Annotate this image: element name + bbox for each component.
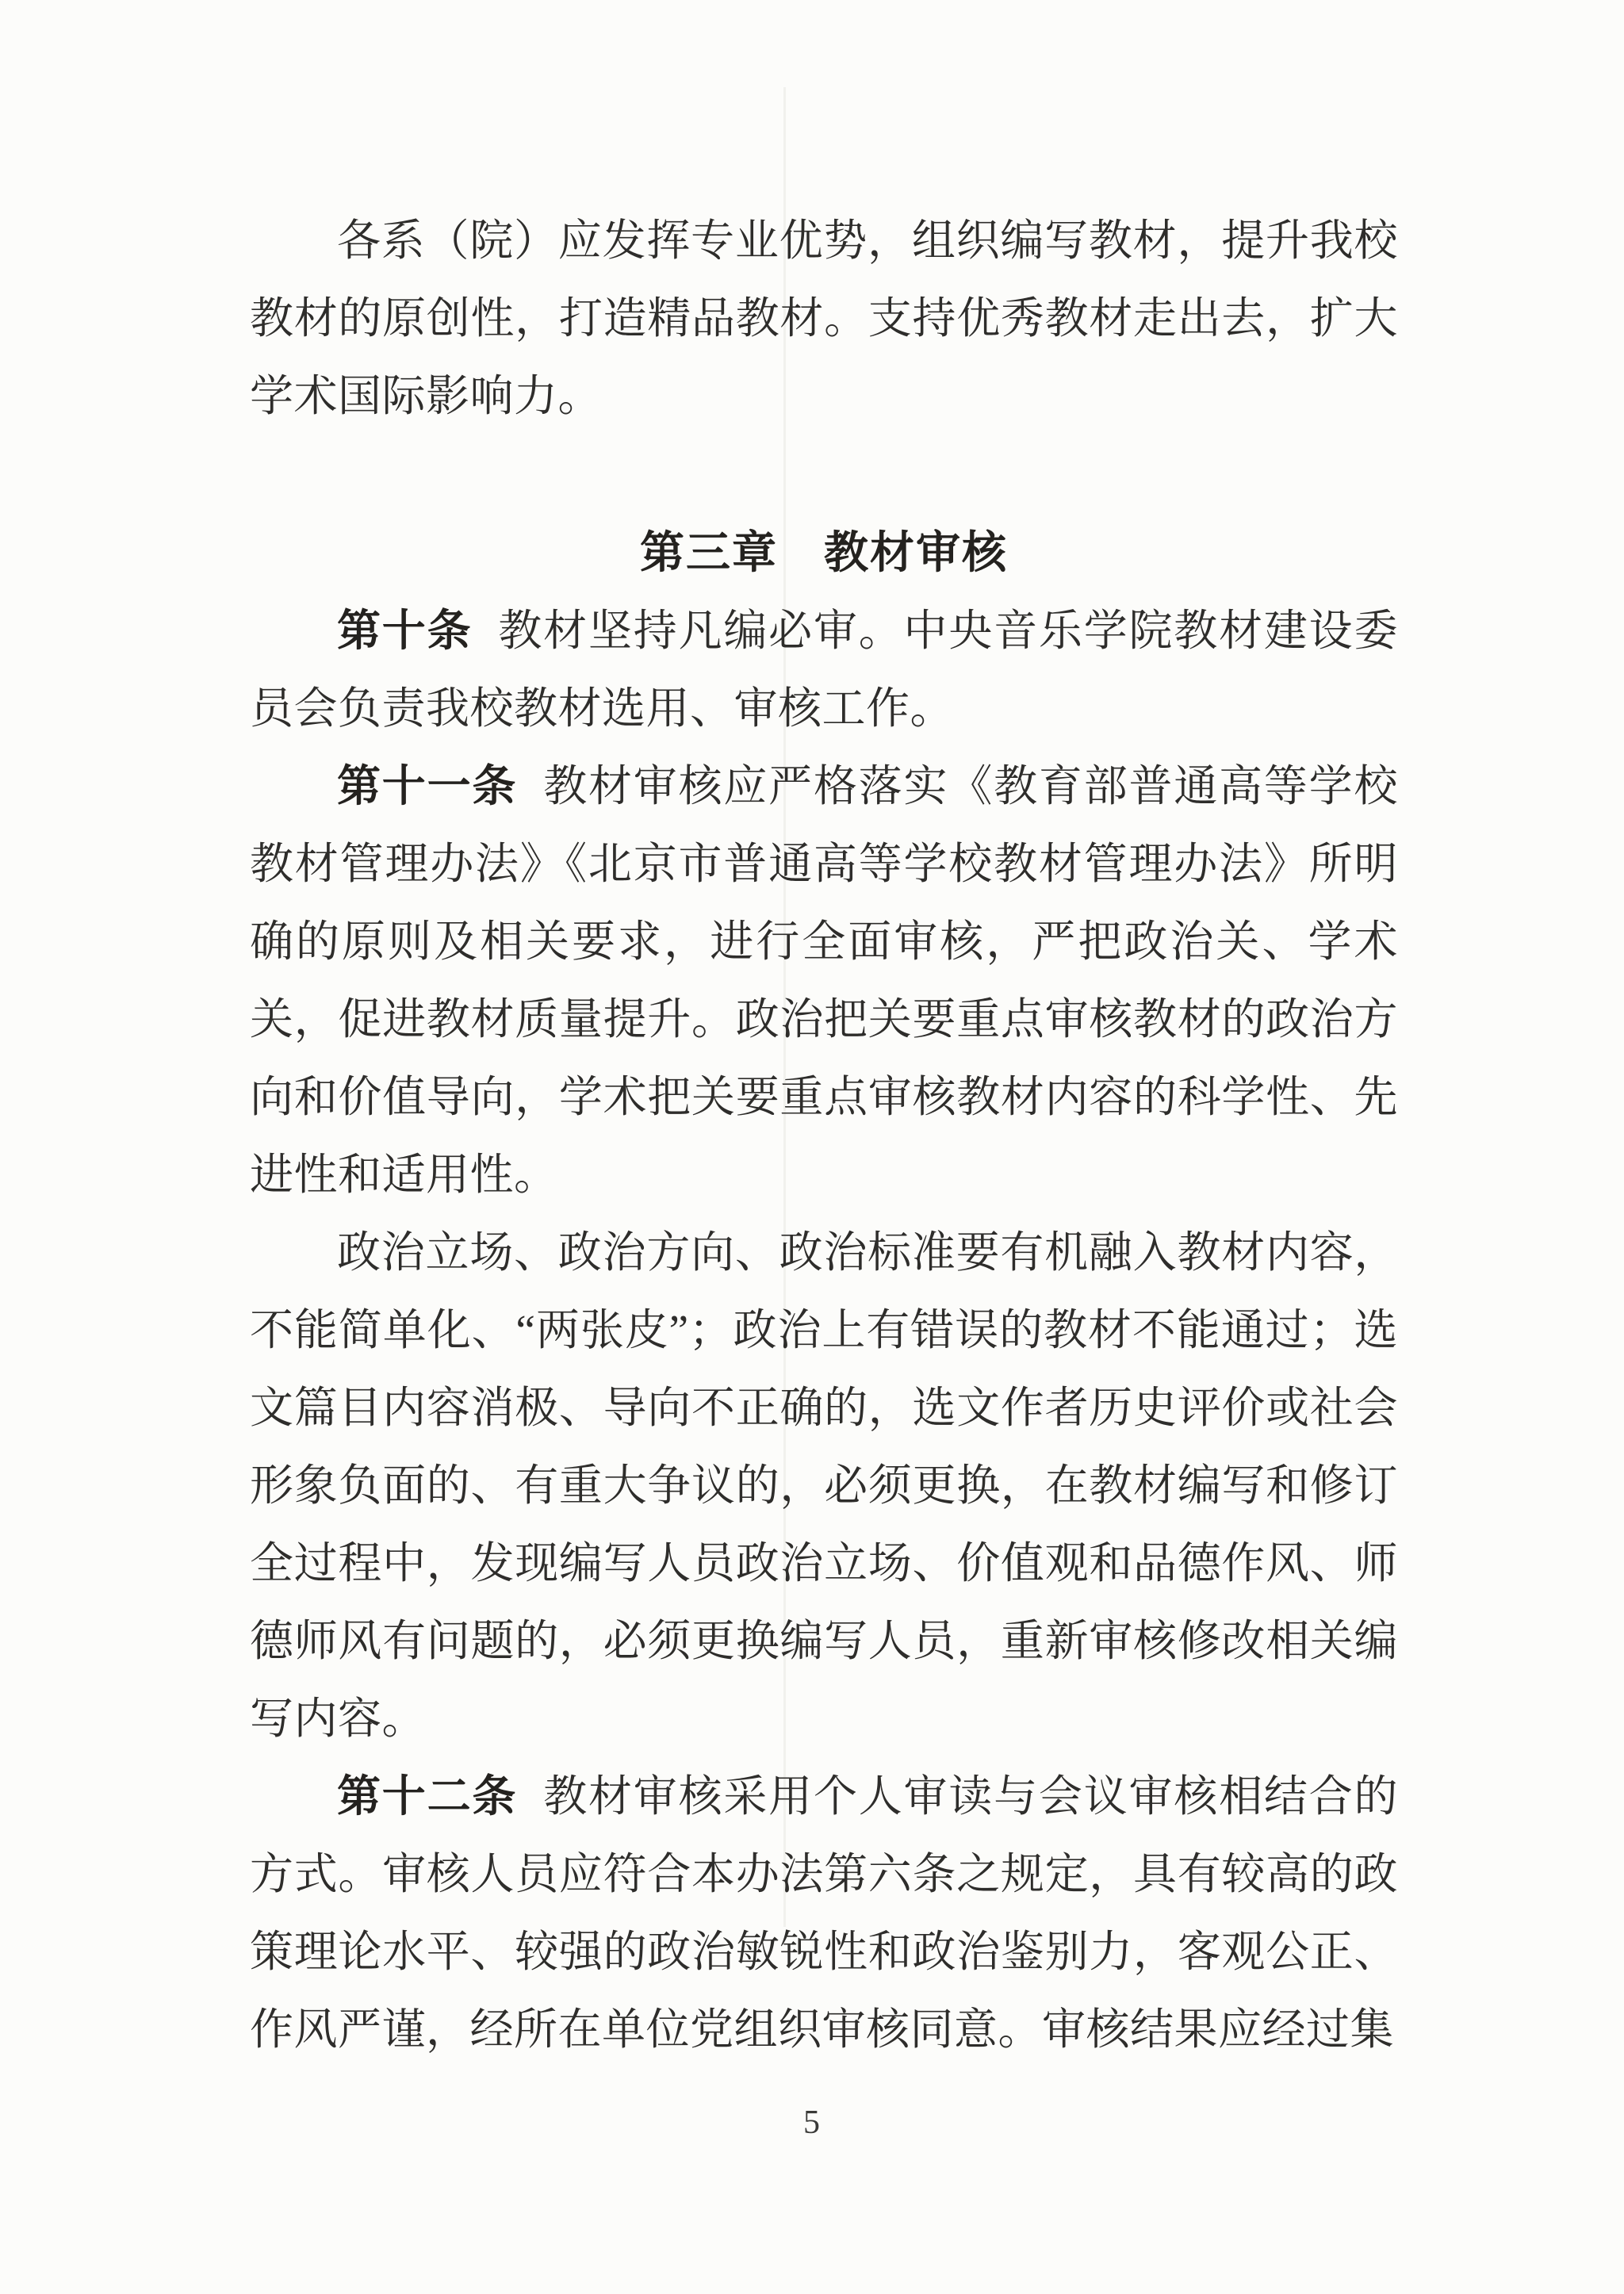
paragraph-intro: 各系（院）应发挥专业优势，组织编写教材，提升我校教材的原创性，打造精品教材。支持… [250,202,1398,435]
article-12-paragraph: 第十二条教材审核采用个人审读与会议审核相结合的方式。审核人员应符合本办法第六条之… [250,1758,1398,2069]
article-10-label: 第十条 [337,607,472,655]
article-10-paragraph: 第十条教材坚持凡编必审。中央音乐学院教材建设委员会负责我校教材选用、审核工作。 [250,592,1398,748]
paragraph-political-requirements: 政治立场、政治方向、政治标准要有机融入教材内容，不能简单化、“两张皮”；政治上有… [250,1214,1398,1758]
article-11-paragraph: 第十一条教材审核应严格落实《教育部普通高等学校教材管理办法》《北京市普通高等学校… [250,748,1398,1214]
article-11-text: 教材审核应严格落实《教育部普通高等学校教材管理办法》《北京市普通高等学校教材管理… [250,762,1398,1199]
document-content: 各系（院）应发挥专业优势，组织编写教材，提升我校教材的原创性，打造精品教材。支持… [250,202,1398,2069]
chapter-heading: 第三章 教材审核 [250,515,1398,592]
article-12-label: 第十二条 [337,1772,517,1821]
page-number: 5 [0,2104,1624,2142]
document-page: 各系（院）应发挥专业优势，组织编写教材，提升我校教材的原创性，打造精品教材。支持… [0,0,1624,2294]
article-11-label: 第十一条 [337,762,517,810]
